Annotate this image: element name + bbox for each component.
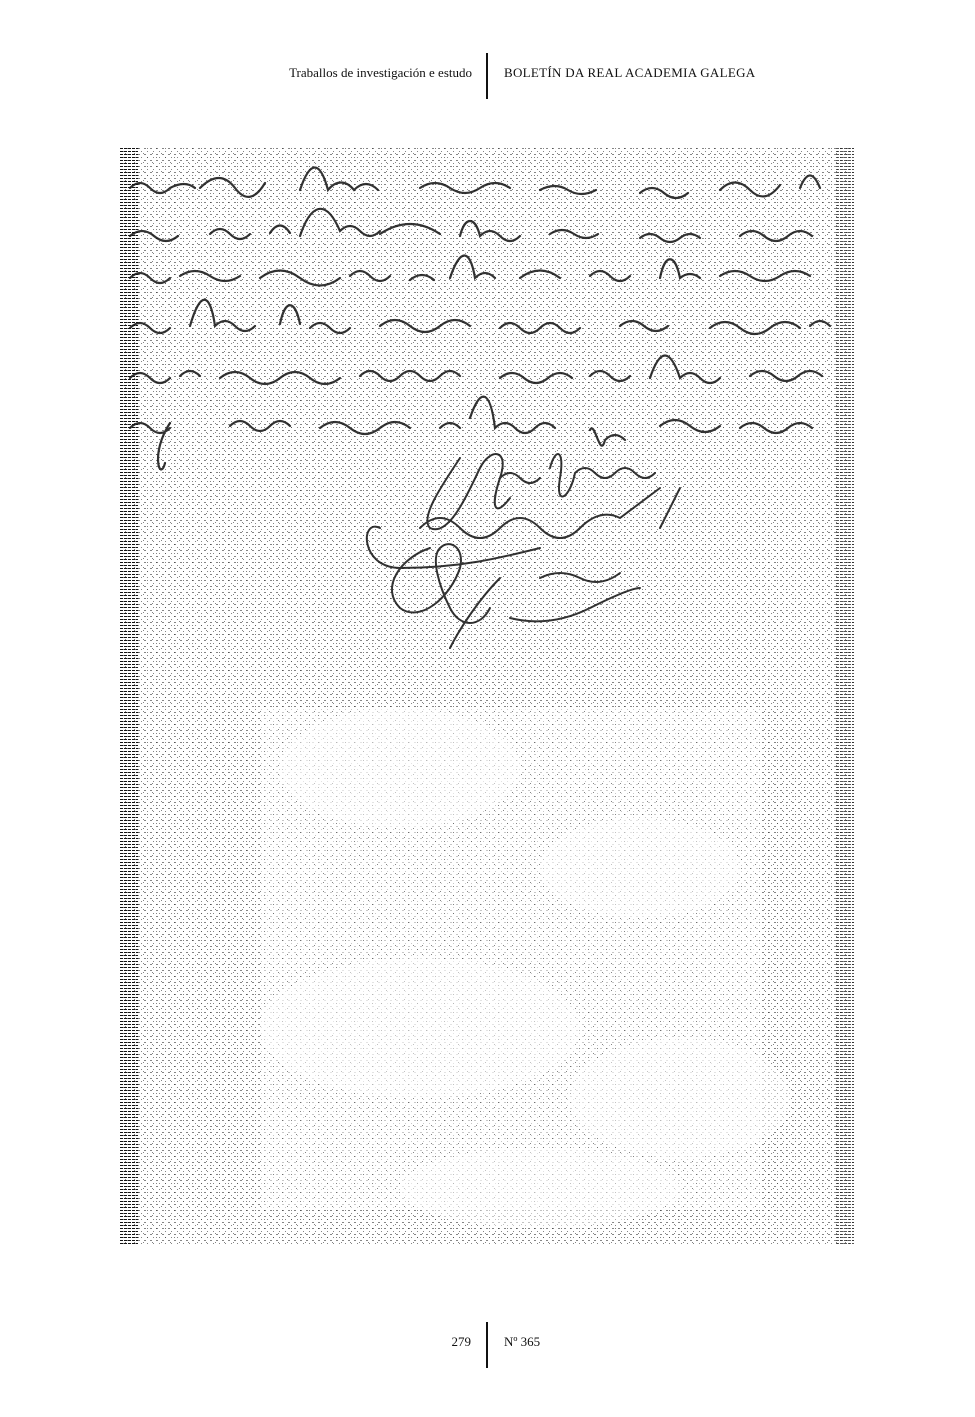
page-number: 279 <box>452 1334 472 1350</box>
header-divider <box>486 53 488 99</box>
footer-divider <box>486 1322 488 1368</box>
section-title: Traballos de investigación e estudo <box>289 65 472 81</box>
manuscript-image <box>120 148 854 1245</box>
running-head: Traballos de investigación e estudo BOLE… <box>0 53 975 99</box>
issue-number: Nº 365 <box>504 1334 540 1350</box>
manuscript-figure <box>120 148 854 1245</box>
page-footer: 279 Nº 365 <box>0 1322 975 1368</box>
journal-title: BOLETÍN DA REAL ACADEMIA GALEGA <box>504 65 755 81</box>
